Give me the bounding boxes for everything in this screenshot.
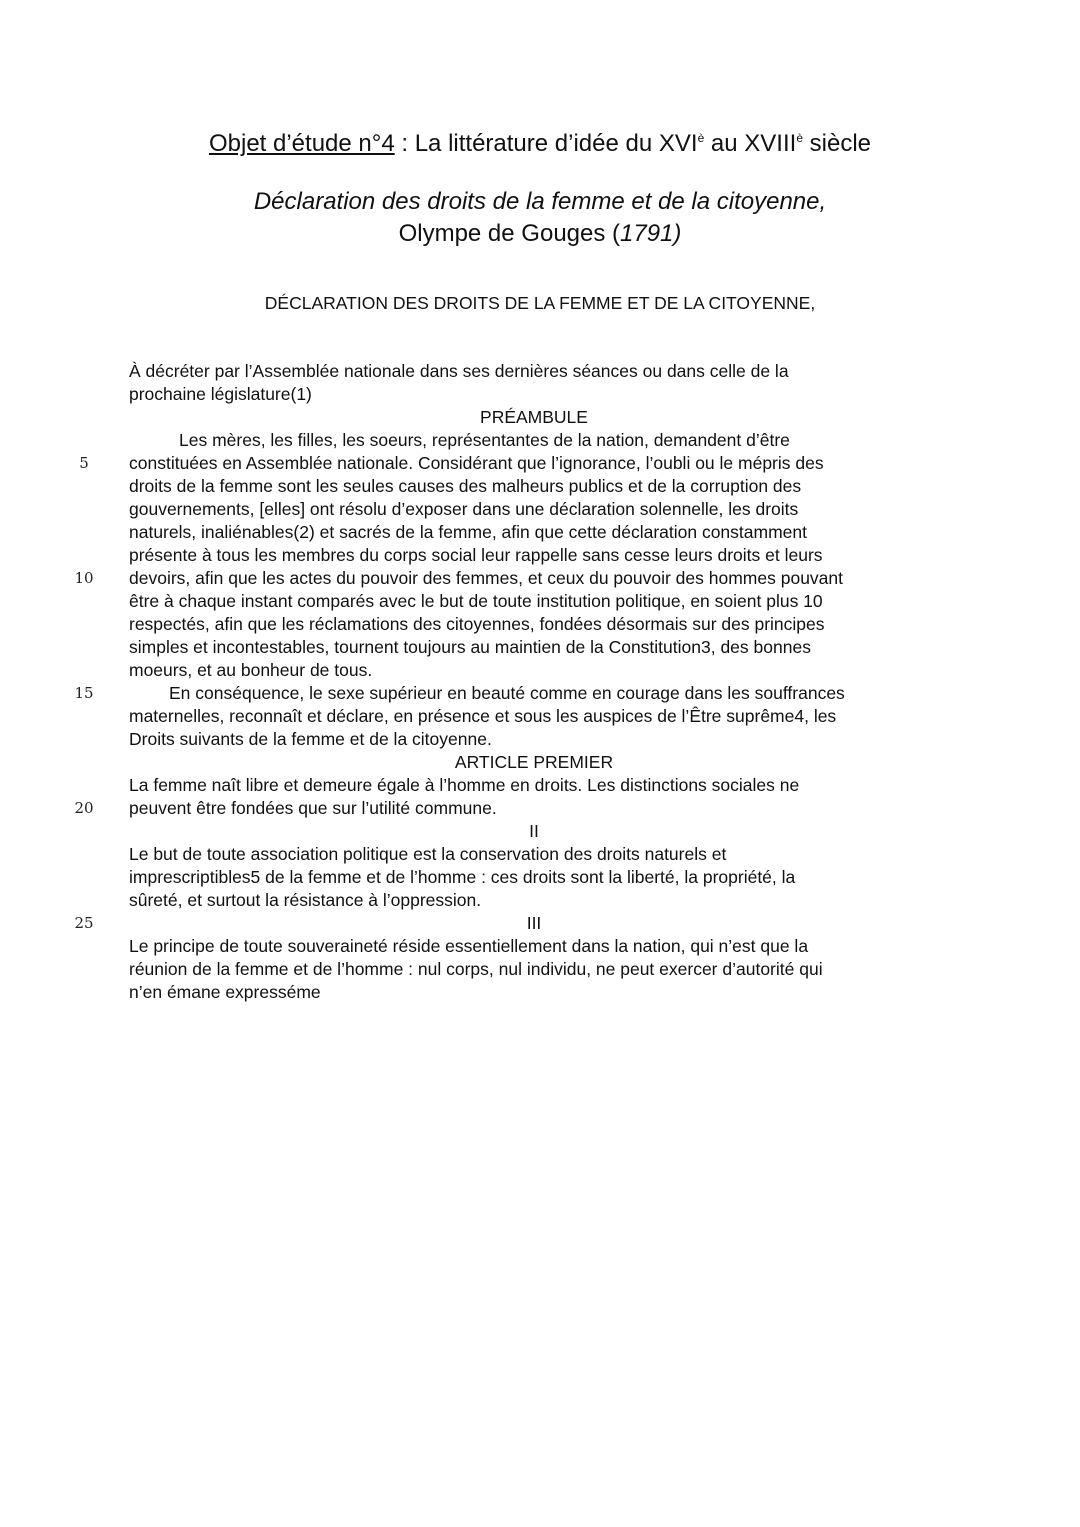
document-body: À décréter par l’Assemblée nationale dan… [129,360,959,1004]
text-line: naturels, inaliénables(2) et sacrés de l… [129,521,959,544]
text-line: simples et incontestables, tournent touj… [129,636,959,659]
text-line: Le but de toute association politique es… [129,843,959,866]
subject-heading: Objet d’étude n°4 : La littérature d’idé… [0,128,1080,160]
text-line: peuvent être fondées que sur l’utilité c… [129,797,959,820]
document-page: Objet d’étude n°4 : La littérature d’idé… [0,0,1080,1527]
text-line: En conséquence, le sexe supérieur en bea… [129,682,959,705]
declaration-heading: DÉCLARATION DES DROITS DE LA FEMME ET DE… [0,291,1080,315]
text-line: devoirs, afin que les actes du pouvoir d… [129,567,959,590]
author-line: Olympe de Gouges (1791) [0,218,1080,250]
text-line: réunion de la femme et de l’homme : nul … [129,958,959,981]
text-line: respectés, afin que les réclamations des… [129,613,959,636]
text-line: gouvernements, [elles] ont résolu d’expo… [129,498,959,521]
line-number: 5 [64,452,104,475]
section-heading-article-iii: III [129,912,959,935]
section-heading-preambule: PRÉAMBULE [129,406,959,429]
author-name: Olympe de Gouges ( [399,220,620,247]
text-line: moeurs, et au bonheur de tous. [129,659,959,682]
text-line: imprescriptibles5 de la femme et de l’ho… [129,866,959,889]
text-line: n’en émane expresséme [129,981,959,1004]
publication-year: 1791) [620,220,681,247]
text-line: Les mères, les filles, les soeurs, repré… [129,429,959,452]
text-line: maternelles, reconnaît et déclare, en pr… [129,705,959,728]
text-line: sûreté, et surtout la résistance à l’opp… [129,889,959,912]
subject-text: au XVIII [704,130,796,157]
text-line: Droits suivants de la femme et de la cit… [129,728,959,751]
subject-label: Objet d’étude n°4 [209,130,395,157]
superscript: è [796,131,803,145]
work-title: Déclaration des droits de la femme et de… [0,186,1080,218]
text-line: droits de la femme sont les seules cause… [129,475,959,498]
subject-text: : La littérature d’idée du XVI [395,130,698,157]
text-line: présente à tous les membres du corps soc… [129,544,959,567]
text-line: Le principe de toute souveraineté réside… [129,935,959,958]
section-heading-article-premier: ARTICLE PREMIER [129,751,959,774]
text-line: La femme naît libre et demeure égale à l… [129,774,959,797]
line-number: 10 [64,567,104,590]
line-number: 20 [64,797,104,820]
section-heading-article-ii: II [129,820,959,843]
text-line: prochaine législature(1) [129,383,959,406]
subject-text: siècle [803,130,871,157]
text-line: constituées en Assemblée nationale. Cons… [129,452,959,475]
text-line: être à chaque instant comparés avec le b… [129,590,959,613]
text-line: À décréter par l’Assemblée nationale dan… [129,360,959,383]
line-number: 25 [64,912,104,935]
line-number: 15 [64,682,104,705]
